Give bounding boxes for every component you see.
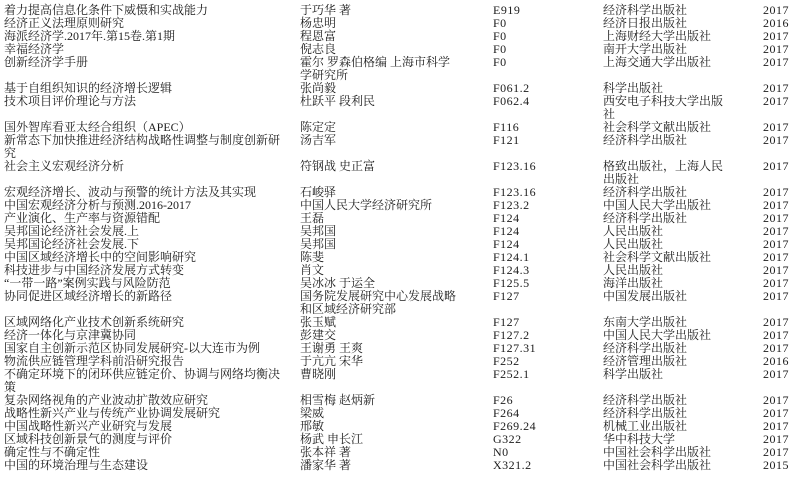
classification-code: F121 bbox=[493, 134, 603, 147]
table-row: 协同促进区域经济增长的新路径 国务院发展研究中心发展战略和区域经济研究部 F12… bbox=[4, 290, 798, 316]
book-title: 技术项目评价理论与方法 bbox=[4, 95, 300, 108]
book-author: 汤吉军 bbox=[300, 134, 493, 147]
classification-code: F127 bbox=[493, 290, 603, 303]
publisher-name: 西安电子科技大学出版社 bbox=[603, 95, 763, 121]
publish-year: 2015 bbox=[763, 459, 797, 472]
publisher-name: 中国发展出版社 bbox=[603, 290, 763, 303]
table-row: 创新经济学手册 霍尔 罗森伯格编 上海市科学学研究所 F0 上海交通大学出版社 … bbox=[4, 56, 798, 82]
book-author: 符钢战 史正富 bbox=[300, 160, 493, 173]
book-author: 国务院发展研究中心发展战略和区域经济研究部 bbox=[300, 290, 493, 316]
publisher-name: 上海交通大学出版社 bbox=[603, 56, 763, 69]
table-row: 中国的环境治理与生态建设 潘家华 著 X321.2 中国社会科学出版社 2015 bbox=[4, 459, 798, 472]
publisher-name: 中国社会科学出版社 bbox=[603, 459, 763, 472]
table-row: 社会主义宏观经济分析 符钢战 史正富 F123.16 格致出版社，上海人民出版社… bbox=[4, 160, 798, 186]
book-title: 社会主义宏观经济分析 bbox=[4, 160, 300, 173]
book-author: 杜跃平 段利民 bbox=[300, 95, 493, 108]
book-author: 陈斐 bbox=[300, 251, 493, 264]
classification-code: F0 bbox=[493, 43, 603, 56]
classification-code: E919 bbox=[493, 4, 603, 17]
classification-code: F0 bbox=[493, 56, 603, 69]
book-author: 潘家华 著 bbox=[300, 459, 493, 472]
publish-year: 2017 bbox=[763, 134, 797, 147]
publish-year: 2017 bbox=[763, 95, 797, 108]
publisher-name: 经济科学出版社 bbox=[603, 134, 763, 147]
publish-year: 2017 bbox=[763, 160, 797, 173]
publisher-name: 科学出版社 bbox=[603, 368, 763, 381]
classification-code: F123.16 bbox=[493, 160, 603, 173]
classification-code: F0 bbox=[493, 30, 603, 43]
table-row: 新常态下加快推进经济结构战略性调整与制度创新研究 汤吉军 F121 经济科学出版… bbox=[4, 134, 798, 160]
publisher-name: 格致出版社，上海人民出版社 bbox=[603, 160, 763, 186]
book-title: 不确定环境下的闭环供应链定价、协调与网络均衡决策 bbox=[4, 368, 300, 394]
publish-year: 2017 bbox=[763, 368, 797, 381]
book-author: 霍尔 罗森伯格编 上海市科学学研究所 bbox=[300, 56, 493, 82]
book-catalog-list: 着力提高信息化条件下威慑和实战能力 于巧华 著 E919 经济科学出版社 201… bbox=[0, 0, 798, 472]
book-title: 中国的环境治理与生态建设 bbox=[4, 459, 300, 472]
book-author: 吴邦国 bbox=[300, 238, 493, 251]
table-row: 不确定环境下的闭环供应链定价、协调与网络均衡决策 曹晓刚 F252.1 科学出版… bbox=[4, 368, 798, 394]
classification-code: G322 bbox=[493, 433, 603, 446]
book-author: 曹晓刚 bbox=[300, 368, 493, 381]
book-author: 梁威 bbox=[300, 407, 493, 420]
book-title: 新常态下加快推进经济结构战略性调整与制度创新研究 bbox=[4, 134, 300, 160]
table-row: 技术项目评价理论与方法 杜跃平 段利民 F062.4 西安电子科技大学出版社 2… bbox=[4, 95, 798, 121]
publish-year: 2017 bbox=[763, 290, 797, 303]
book-title: 协同促进区域经济增长的新路径 bbox=[4, 290, 300, 303]
classification-code: F252.1 bbox=[493, 368, 603, 381]
classification-code: F062.4 bbox=[493, 95, 603, 108]
classification-code: F0 bbox=[493, 17, 603, 30]
classification-code: X321.2 bbox=[493, 459, 603, 472]
book-author: 相雪梅 赵炳新 bbox=[300, 394, 493, 407]
book-author: 中国人民大学经济研究所 bbox=[300, 199, 493, 212]
book-title: 创新经济学手册 bbox=[4, 56, 300, 69]
publish-year: 2017 bbox=[763, 56, 797, 69]
